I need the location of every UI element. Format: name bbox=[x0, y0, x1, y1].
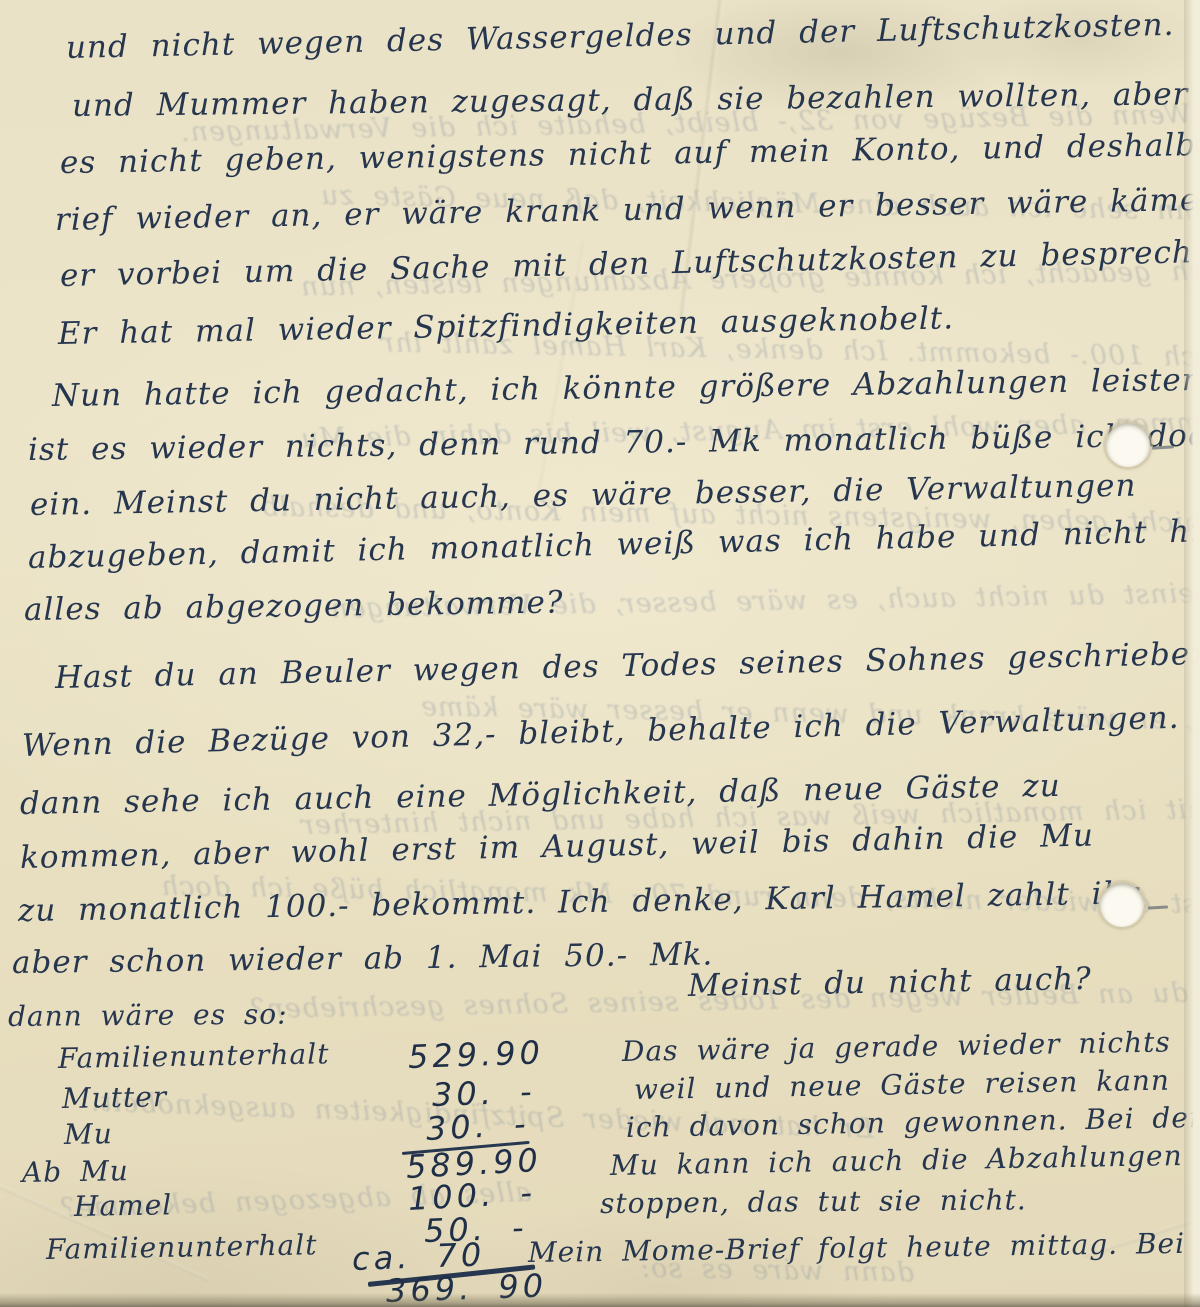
letter-line: dann wäre es so: bbox=[8, 998, 288, 1033]
scanned-letter-page: { "page": { "kind": "handwritten letter … bbox=[0, 0, 1200, 1307]
punch-hole bbox=[1106, 423, 1150, 467]
table-label: Ab Mu bbox=[22, 1154, 129, 1189]
note-line: stoppen, das tut sie nicht. bbox=[600, 1183, 1027, 1220]
letter-line: Meinst du nicht auch? bbox=[688, 961, 1092, 1004]
table-label: Hamel bbox=[74, 1188, 173, 1223]
table-label: Familienunterhalt bbox=[58, 1037, 330, 1075]
scan-edge-bottom bbox=[0, 1293, 1200, 1307]
punch-hole bbox=[1100, 883, 1144, 927]
letter-line: alles ab abgezogen bekomme? bbox=[24, 584, 564, 628]
scan-edge-right bbox=[1184, 0, 1200, 1307]
table-label: Mu bbox=[64, 1117, 113, 1151]
table-label: Mutter bbox=[62, 1080, 168, 1115]
table-label: Familienunterhalt bbox=[46, 1228, 318, 1266]
table-value: 529.90 bbox=[407, 1033, 544, 1076]
